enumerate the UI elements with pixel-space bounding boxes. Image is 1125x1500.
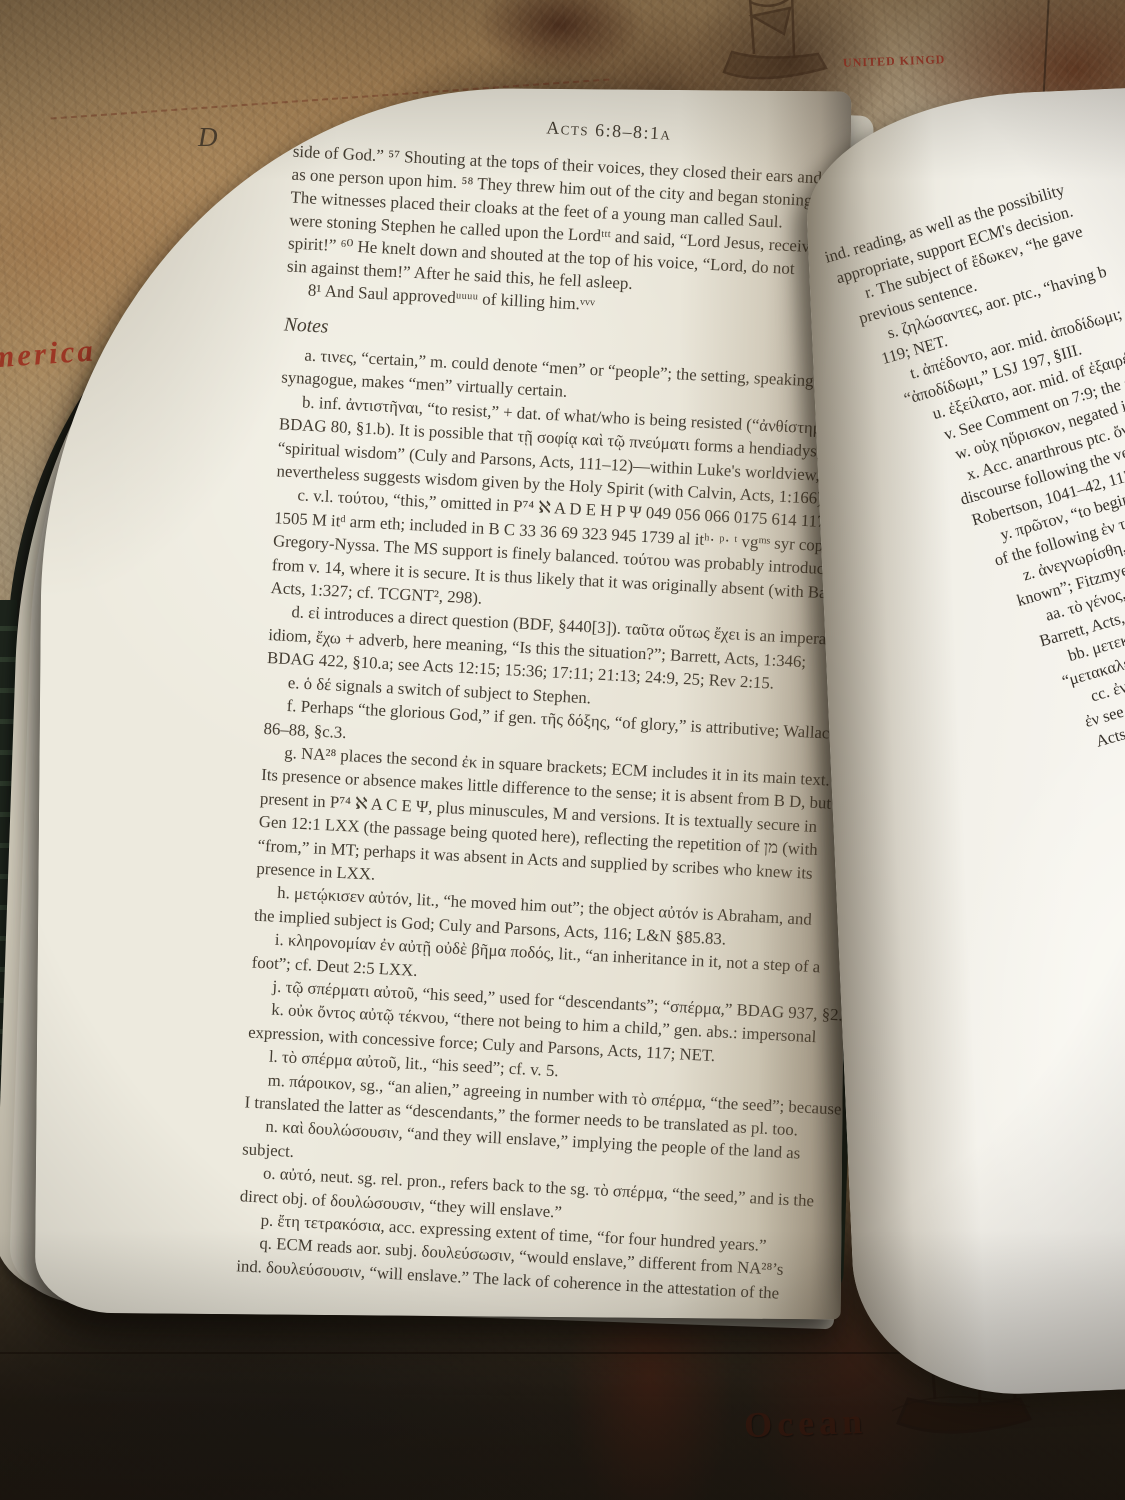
right-page[interactable]: ind. reading, as well as the possibility… [802, 83, 1125, 1401]
photo-scene: merica D A UNITED KINGD Ocean ion 4 [0, 0, 1125, 1500]
running-header-title: Acts 6:8–8:1a [546, 117, 672, 144]
page-number: 428 [298, 107, 330, 129]
verse-text-block: side of God.” ⁵⁷ Shouting at the tops of… [285, 140, 851, 339]
right-page-content: ind. reading, as well as the possibility… [822, 129, 1125, 1350]
notes-text-block: a. τινες, “certain,” m. could denote “me… [236, 342, 852, 1316]
ship-illustration-top [710, 0, 850, 98]
left-page[interactable]: 428 Acts 6:8–8:1a side of God.” ⁵⁷ Shout… [35, 85, 852, 1320]
left-page-content: 428 Acts 6:8–8:1a side of God.” ⁵⁷ Shout… [236, 105, 852, 1316]
